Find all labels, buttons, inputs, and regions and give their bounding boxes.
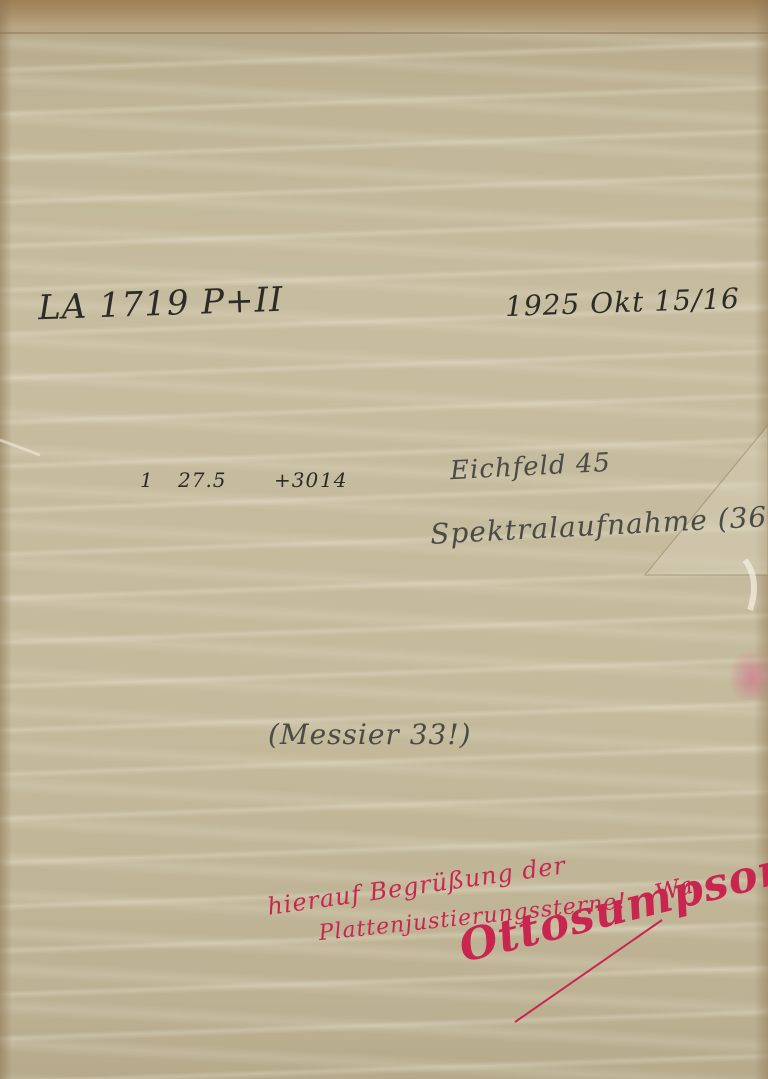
- plate-id: LA 1719 P+II: [37, 280, 284, 329]
- dec-minutes: 14: [320, 468, 347, 492]
- top-flap-band: [0, 0, 768, 34]
- dec-degrees: +30: [274, 468, 320, 492]
- plate-sleeve: LA 1719 P+II 1925 Okt 15/16 127.5+3014 E…: [0, 0, 768, 1079]
- ra-minutes: 27.5: [178, 468, 274, 492]
- red-ink-stain: [728, 650, 768, 700]
- observation-date: 1925 Okt 15/16: [504, 282, 740, 323]
- object-note: (Messier 33!): [268, 718, 472, 751]
- field-note: Eichfeld 45: [449, 448, 611, 486]
- exposure-note: Spektralaufnahme (36m): [429, 498, 768, 551]
- top-fold-line: [0, 32, 768, 34]
- left-edge-shadow: [0, 0, 12, 1079]
- right-edge-shadow: [754, 0, 768, 1079]
- ra-hours: 1: [140, 468, 178, 492]
- coordinates: 127.5+3014: [140, 468, 347, 492]
